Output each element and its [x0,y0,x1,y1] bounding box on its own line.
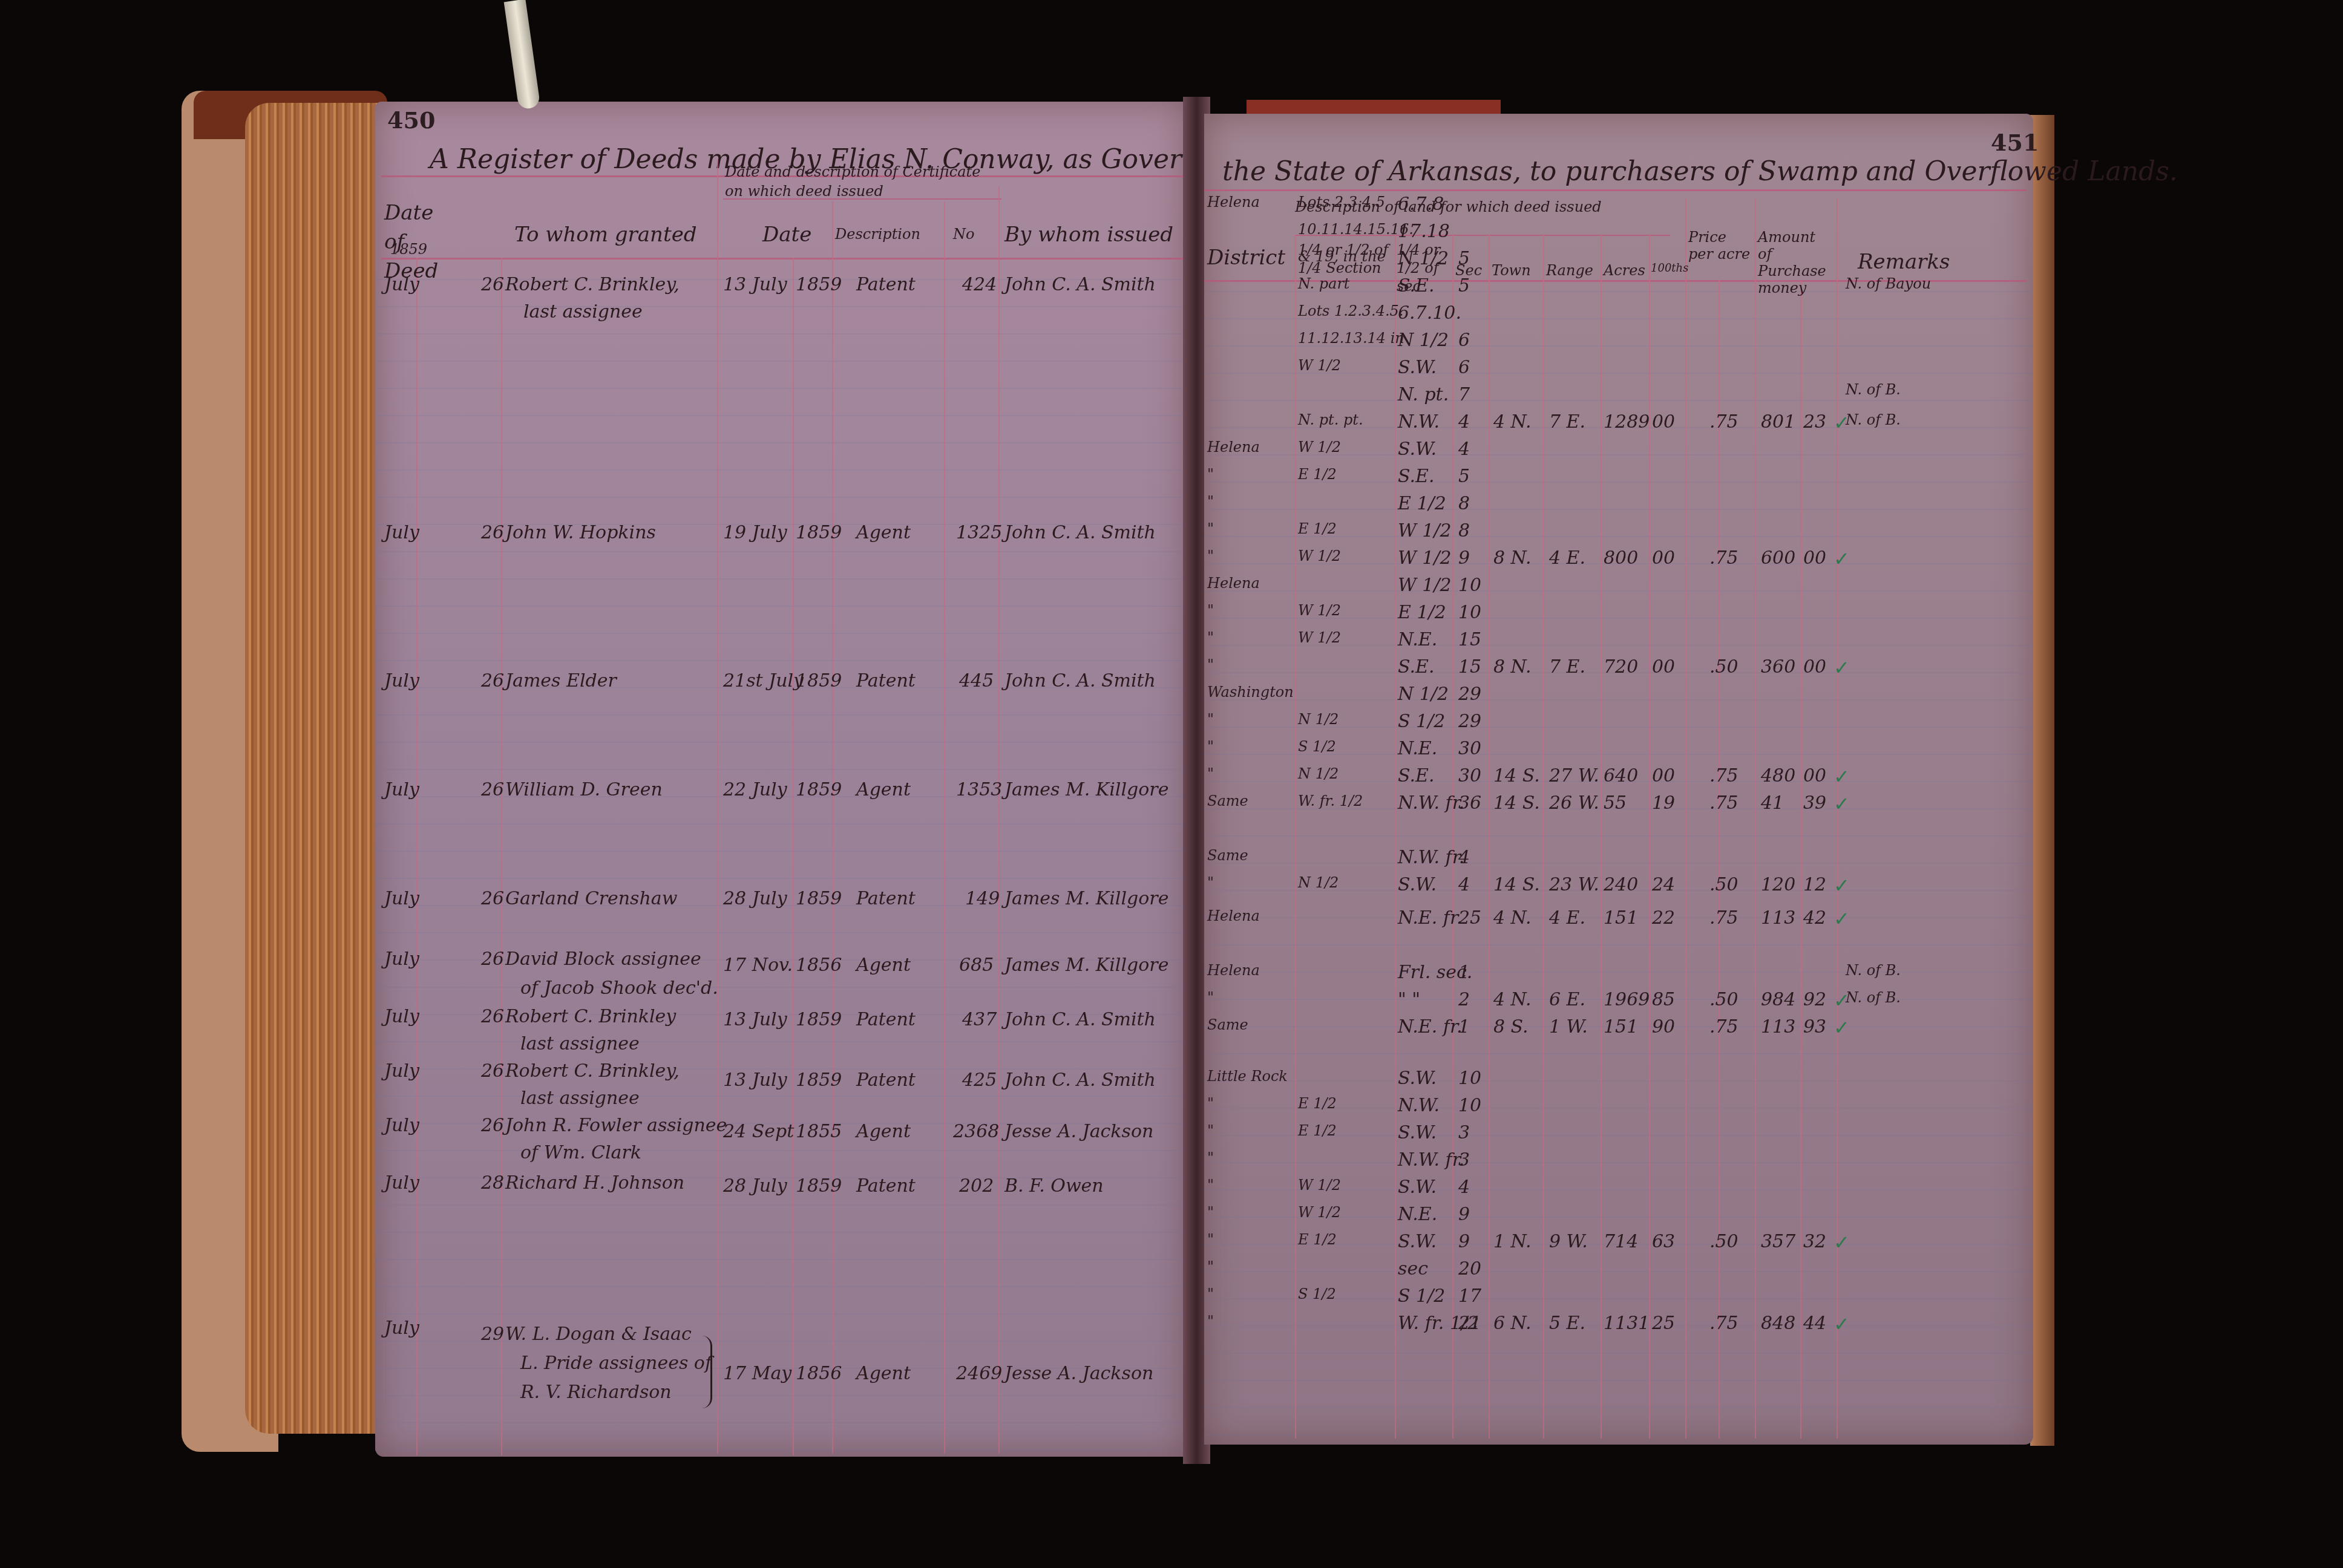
entry-grantee: Garland Crenshaw [505,888,677,909]
header-no: No [953,226,974,243]
entry-description: Patent [856,1175,916,1197]
entry-day: 26 [481,949,504,970]
part-of-quarter-cell: Lots 1.2.3.4.5. [1298,302,1403,319]
check-icon: ✓ [1833,907,1850,930]
hundredths-cell: 85 [1652,989,1675,1010]
entry-grantee-line2: of Jacob Shook dec'd. [520,978,718,999]
sec-cell: 29 [1458,711,1481,732]
hundredths-cell: 22 [1652,907,1675,929]
quarter-of-sec-cell: S 1/2 [1398,711,1445,732]
quarter-of-sec-cell: S.E. [1398,765,1434,786]
entry-number: 1353 [956,779,1002,800]
entry-cert-date: 22 July [723,779,787,800]
town-cell: 4 N. [1493,907,1532,929]
entry-grantee: W. L. Dogan & Isaac [505,1324,692,1345]
entry-number: 2469 [956,1363,1002,1384]
part-of-quarter-cell: W 1/2 [1298,547,1341,564]
hundredths-cell: 90 [1652,1016,1675,1037]
column-rule [1719,280,1720,1439]
entry-grantee-line2: of Wm. Clark [520,1142,641,1163]
district-cell: " [1207,874,1214,891]
header-year: 1859 [390,241,427,258]
price-cell: .75 [1709,1016,1738,1037]
price-cell: .75 [1709,792,1738,814]
column-rule [717,159,718,1454]
sec-cell: 7 [1458,384,1470,405]
part-of-quarter-cell: W. fr. 1/2 [1298,792,1363,809]
quarter-of-sec-cell: N.W. fr. [1398,792,1464,814]
column-rule [1601,235,1602,1439]
entry-month: July [384,274,419,295]
check-icon: ✓ [1833,1231,1850,1254]
sec-cell: 20 [1458,1258,1481,1279]
entry-cert-year: 1855 [796,1121,842,1142]
town-cell: 6 N. [1493,1313,1532,1334]
acres-cell: 1289 [1604,411,1650,433]
acres-cell: 1969 [1604,989,1650,1010]
entry-day: 26 [481,1115,504,1136]
entry-issued-by: James M. Killgore [1004,955,1168,976]
cents-cell: 23 [1803,411,1826,433]
range-cell: 4 E. [1549,547,1585,569]
entry-month: July [384,670,419,691]
hundredths-cell: 24 [1652,874,1675,895]
amount-cell: 848 [1761,1313,1795,1334]
entry-description: Agent [856,1363,911,1384]
range-cell: 26 W. [1549,792,1599,814]
sec-cell: 6 [1458,357,1470,378]
entry-grantee-line3: R. V. Richardson [520,1382,672,1403]
amount-cell: 113 [1761,907,1795,929]
part-of-quarter-cell: E 1/2 [1298,466,1337,483]
column-rule [501,258,502,1455]
check-icon: ✓ [1833,656,1850,679]
entry-cert-year: 1859 [796,779,842,800]
sec-cell: 30 [1458,738,1481,759]
price-cell: .50 [1709,989,1738,1010]
column-rule [944,201,945,1454]
check-icon: ✓ [1833,765,1850,788]
entry-cert-year: 1859 [796,1070,842,1091]
district-cell: " [1207,765,1214,782]
quarter-of-sec-cell: W 1/2 [1398,547,1452,569]
part-of-quarter-cell: & 19, in the [1298,248,1386,265]
entry-cert-date: 19 July [723,522,787,543]
entry-description: Agent [856,779,911,800]
sec-cell: 4 [1458,411,1470,433]
quarter-of-sec-cell: N.E. [1398,629,1437,650]
quarter-of-sec-cell: S.E. [1398,466,1434,487]
range-cell: 6 E. [1549,989,1585,1010]
entry-cert-year: 1859 [796,522,842,543]
column-rule [1755,198,1756,1439]
district-cell: " [1207,656,1214,673]
price-cell: .75 [1709,547,1738,569]
range-cell: 9 W. [1549,1231,1588,1252]
entry-month: July [384,779,419,800]
entry-day: 26 [481,1006,504,1027]
price-cell: .75 [1709,765,1738,786]
quarter-of-sec-cell: S.W. [1398,1231,1437,1252]
header-price-per-acre: Price per acre [1688,229,1752,263]
part-of-quarter-cell: E 1/2 [1298,1095,1337,1112]
part-of-quarter-cell: W 1/2 [1298,629,1341,646]
column-rule [998,186,1000,1454]
entry-day: 26 [481,779,504,800]
remark-cell: N. of Bayou [1846,275,1931,292]
header-acres: Acres [1604,262,1645,279]
sec-cell: 25 [1458,907,1481,929]
district-cell: Same [1207,847,1248,864]
entry-day: 26 [481,670,504,691]
entry-day: 29 [481,1324,504,1345]
town-cell: 8 N. [1493,656,1532,678]
cents-cell: 00 [1803,765,1826,786]
cents-cell: 92 [1803,989,1826,1010]
entry-number: 1325 [956,522,1002,543]
entry-description: Patent [856,670,916,691]
entry-number: 685 [959,955,994,976]
column-rule [793,258,794,1455]
district-cell: Same [1207,792,1248,809]
part-of-quarter-cell: E 1/2 [1298,1231,1337,1248]
part-of-quarter-cell: W 1/2 [1298,602,1341,619]
sec-cell: 8 [1458,493,1470,514]
entry-grantee-line2: last assignee [520,1033,640,1054]
quarter-of-sec-cell: E 1/2 [1398,493,1446,514]
entry-cert-date: 13 July [723,1070,787,1091]
sec-cell: 6 [1458,330,1470,351]
header-remarks: Remarks [1858,250,1950,274]
entry-issued-by: John C. A. Smith [1004,274,1156,295]
cents-cell: 32 [1803,1231,1826,1252]
district-cell: " [1207,493,1214,510]
acres-cell: 151 [1604,1016,1638,1037]
district-cell: Little Rock [1207,1068,1288,1085]
amount-cell: 41 [1761,792,1784,814]
check-icon: ✓ [1833,1016,1850,1039]
page-number-left: 450 [387,106,435,134]
cents-cell: 12 [1803,874,1826,895]
sec-cell: 10 [1458,602,1481,623]
header-district: District [1207,246,1285,270]
remark-cell: N. of B. [1846,411,1901,428]
district-cell: Helena [1207,575,1260,592]
entry-month: July [384,1006,419,1027]
entry-cert-date: 17 Nov. [723,955,793,976]
amount-cell: 984 [1761,989,1795,1010]
quarter-of-sec-cell: W 1/2 [1398,575,1452,596]
district-cell: Helena [1207,194,1260,211]
entry-issued-by: James M. Killgore [1004,779,1168,800]
town-cell: 14 S. [1493,792,1540,814]
part-of-quarter-cell: W 1/2 [1298,1177,1341,1194]
sec-cell: 21 [1458,1313,1481,1334]
entry-issued-by: Jesse A. Jackson [1004,1121,1153,1142]
sec-cell: 9 [1458,1231,1470,1252]
part-of-quarter-cell: W 1/2 [1298,439,1341,456]
quarter-of-sec-cell: N.E. fr. [1398,1016,1463,1037]
check-icon: ✓ [1833,792,1850,815]
entry-number: 202 [959,1175,994,1197]
column-rule [832,201,833,1454]
sec-cell: 1 [1458,962,1470,983]
quarter-of-sec-cell: sec [1398,1258,1428,1279]
entry-grantee-line2: last assignee [523,301,643,322]
entry-number: 425 [962,1070,997,1091]
entry-cert-year: 1859 [796,670,842,691]
part-of-quarter-cell: S 1/2 [1298,1285,1336,1302]
range-cell: 5 E. [1549,1313,1585,1334]
district-cell: " [1207,1204,1214,1221]
entry-description: Patent [856,1009,916,1030]
sec-cell: 15 [1458,656,1481,678]
entry-issued-by: John C. A. Smith [1004,522,1156,543]
header-certificate-group: Date and description of Certificate on w… [725,162,991,201]
header-amount: Amount of Purchase money [1758,229,1833,296]
price-cell: .75 [1709,907,1738,929]
check-icon: ✓ [1833,1313,1850,1336]
entry-number: 437 [962,1009,997,1030]
entry-issued-by: John C. A. Smith [1004,670,1156,691]
sec-cell: 10 [1458,575,1481,596]
district-cell: " [1207,711,1214,728]
price-cell: .75 [1709,411,1738,433]
price-cell: .50 [1709,656,1738,678]
column-rule [416,258,418,1455]
remark-cell: N. of B. [1846,381,1901,398]
entry-grantee: John W. Hopkins [505,522,656,543]
cents-cell: 93 [1803,1016,1826,1037]
hundredths-cell: 00 [1652,765,1675,786]
remark-cell: N. of B. [1846,962,1901,979]
entry-number: 445 [959,670,994,691]
part-of-quarter-cell: Lots 2.3.4.5 [1298,194,1385,211]
part-of-quarter-cell: 11.12.13.14 in [1298,330,1404,347]
hundredths-cell: 25 [1652,1313,1675,1334]
quarter-of-sec-cell: S.E. [1398,656,1434,678]
entry-month: July [384,1115,419,1136]
town-cell: 4 N. [1493,411,1532,433]
quarter-of-sec-cell: S.W. [1398,1177,1437,1198]
part-of-quarter-cell: N. pt. pt. [1298,411,1363,428]
district-cell: " [1207,1285,1214,1302]
range-cell: 7 E. [1549,411,1585,433]
district-cell: " [1207,1177,1214,1194]
entry-month: July [384,1318,419,1339]
check-icon: ✓ [1833,874,1850,897]
part-of-quarter-cell: E 1/2 [1298,520,1337,537]
entry-day: 26 [481,1060,504,1082]
quarter-of-sec-cell: N.W. fr. [1398,1149,1464,1171]
entry-issued-by: James M. Killgore [1004,888,1168,909]
page-number-right: 451 [1991,129,2039,156]
entry-issued-by: Jesse A. Jackson [1004,1363,1153,1384]
entry-description: Agent [856,955,911,976]
quarter-of-sec-cell: 6.7.10. [1398,302,1461,324]
quarter-of-sec-cell: 6.7.8 [1398,194,1444,215]
district-cell: " [1207,989,1214,1006]
district-cell: " [1207,1231,1214,1248]
cents-cell: 00 [1803,547,1826,569]
header-hundredths: 100ths [1651,262,1688,275]
entry-month: July [384,1060,419,1082]
entry-grantee-line2: L. Pride assignees of [520,1353,712,1374]
page-edges [245,103,378,1434]
acres-cell: 151 [1604,907,1638,929]
entry-cert-year: 1856 [796,1363,842,1384]
cents-cell: 42 [1803,907,1826,929]
entry-cert-date: 13 July [723,274,787,295]
amount-cell: 120 [1761,874,1795,895]
part-of-quarter-cell: N 1/2 [1298,711,1339,728]
district-cell: " [1207,1313,1214,1330]
quarter-of-sec-cell: N.W. fr. [1398,847,1464,868]
sec-cell: 3 [1458,1122,1470,1143]
column-rule [1452,235,1453,1439]
district-cell: " [1207,466,1214,483]
quarter-of-sec-cell: 17.18 [1398,221,1450,242]
entry-issued-by: John C. A. Smith [1004,1009,1156,1030]
cents-cell: 00 [1803,656,1826,678]
remark-cell: N. of B. [1846,989,1901,1006]
acres-cell: 714 [1604,1231,1638,1252]
part-of-quarter-cell: E 1/2 [1298,1122,1337,1139]
entry-description: Patent [856,888,916,909]
district-cell: Helena [1207,907,1260,924]
header-rule [1204,189,2027,191]
brace-mark [702,1336,712,1408]
hundredths-cell: 00 [1652,656,1675,678]
sec-cell: 30 [1458,765,1481,786]
part-of-quarter-cell: W 1/2 [1298,1204,1341,1221]
entry-number: 2368 [953,1121,999,1142]
entry-cert-date: 28 July [723,888,787,909]
range-cell: 23 W. [1549,874,1599,895]
entry-cert-year: 1859 [796,274,842,295]
district-cell: " [1207,520,1214,537]
sec-cell: 4 [1458,1177,1470,1198]
cents-cell: 39 [1803,792,1826,814]
part-of-quarter-cell: N. part [1298,275,1350,292]
quarter-of-sec-cell: N 1/2 [1398,684,1449,705]
quarter-of-sec-cell: S 1/2 [1398,1285,1445,1307]
range-cell: 1 W. [1549,1016,1588,1037]
sec-cell: 10 [1458,1095,1481,1116]
entry-description: Agent [856,522,911,543]
header-to-whom-granted: To whom granted [514,223,697,247]
quarter-of-sec-cell: N. pt. [1398,384,1449,405]
entry-issued-by: John C. A. Smith [1004,1070,1156,1091]
entry-grantee: Robert C. Brinkley, [505,274,680,295]
quarter-of-sec-cell: N 1/2 [1398,330,1449,351]
district-cell: " [1207,1258,1214,1275]
amount-cell: 801 [1761,411,1795,433]
sec-cell: 4 [1458,874,1470,895]
entry-cert-date: 21st July [723,670,804,691]
metal-bookmark [504,0,541,110]
sec-cell: 29 [1458,684,1481,705]
right-page: 451 the State of Arkansas, to purchasers… [1204,114,2033,1445]
entry-grantee: William D. Green [505,779,663,800]
district-cell: " [1207,1149,1214,1166]
sec-cell: 36 [1458,792,1481,814]
quarter-of-sec-cell: W 1/2 [1398,520,1452,541]
entry-month: July [384,888,419,909]
entry-cert-date: 28 July [723,1175,787,1197]
entry-cert-date: 24 Sept [723,1121,794,1142]
entry-grantee: Robert C. Brinkley, [505,1060,680,1082]
part-of-quarter-cell: S 1/2 [1298,738,1336,755]
header-by-whom-issued: By whom issued [1004,223,1173,247]
entry-number: 149 [965,888,1000,909]
sec-cell: 4 [1458,439,1470,460]
district-cell: Same [1207,1016,1248,1033]
entry-day: 28 [481,1172,504,1194]
quarter-of-sec-cell: S.W. [1398,1068,1437,1089]
range-cell: 7 E. [1549,656,1585,678]
quarter-of-sec-cell: N.E. [1398,738,1437,759]
column-rule [1295,235,1296,1439]
sec-cell: 5 [1458,248,1470,269]
header-range: Range [1546,262,1593,279]
hundredths-cell: 00 [1652,411,1675,433]
entry-day: 26 [481,888,504,909]
entry-issued-by: B. F. Owen [1004,1175,1104,1197]
header-description: Description [835,226,920,243]
page-title-right: the State of Arkansas, to purchasers of … [1222,156,2178,187]
part-of-quarter-cell: N 1/2 [1298,874,1339,891]
header-town: Town [1492,262,1531,279]
entry-month: July [384,522,419,543]
district-cell: " [1207,1095,1214,1112]
column-rule [1395,235,1396,1439]
sec-cell: 3 [1458,1149,1470,1171]
entry-day: 26 [481,274,504,295]
sec-cell: 4 [1458,847,1470,868]
town-cell: 4 N. [1493,989,1532,1010]
quarter-of-sec-cell: S.W. [1398,874,1437,895]
entry-cert-year: 1856 [796,955,842,976]
amount-cell: 357 [1761,1231,1795,1252]
sec-cell: 9 [1458,1204,1470,1225]
entry-cert-date: 17 May [723,1363,791,1384]
entry-number: 424 [962,274,997,295]
sec-cell: 5 [1458,466,1470,487]
quarter-of-sec-cell: N.W. [1398,1095,1440,1116]
part-of-quarter-cell: 10.11.14.15.16. [1298,221,1414,238]
entry-description: Patent [856,1070,916,1091]
header-date: Date [762,223,811,247]
entry-grantee: Robert C. Brinkley [505,1006,676,1027]
acres-cell: 800 [1604,547,1638,569]
entry-month: July [384,1172,419,1194]
quarter-of-sec-cell: S.E. [1398,275,1434,296]
sec-cell: 8 [1458,520,1470,541]
town-cell: 8 N. [1493,547,1532,569]
sec-cell: 15 [1458,629,1481,650]
sec-cell: 17 [1458,1285,1481,1307]
town-cell: 14 S. [1493,874,1540,895]
quarter-of-sec-cell: N.E. fr. [1398,907,1463,929]
ruled-lines [375,253,1186,1451]
quarter-of-sec-cell: S.W. [1398,357,1437,378]
amount-cell: 360 [1761,656,1795,678]
hundredths-cell: 19 [1652,792,1675,814]
district-cell: " [1207,738,1214,755]
entry-cert-date: 13 July [723,1009,787,1030]
hundredths-cell: 00 [1652,547,1675,569]
